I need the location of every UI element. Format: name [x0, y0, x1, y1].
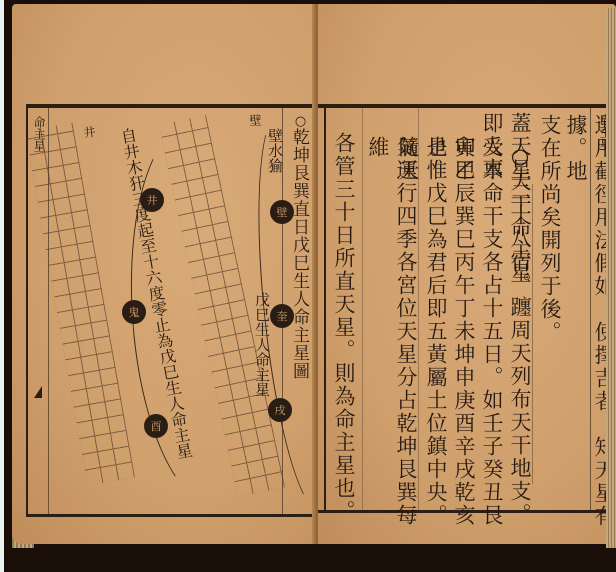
text-col-8: 氣運行四季各宮位天星分占乾坤艮巽每維 [364, 136, 420, 544]
column-rule [532, 184, 533, 484]
seal-xu-icon: 戌 [268, 398, 292, 422]
book-photo: 命主星 ○ 乾坤艮巽直日戊巳生人命主星圖 井 自井木犴三度起至十六度零止為戊巳生… [4, 0, 616, 572]
diagram-b-lodge: 壁 [248, 114, 262, 126]
open-book: 命主星 ○ 乾坤艮巽直日戊巳生人命主星圖 井 自井木犴三度起至十六度零止為戊巳生… [12, 4, 616, 544]
seal-gui-icon: 鬼 [122, 300, 146, 324]
title-marker: ○ [293, 114, 307, 129]
right-page-edges [606, 8, 616, 548]
column-rule [418, 108, 419, 510]
inner-border [324, 104, 326, 512]
diagram-a-lodge: 井 [81, 125, 97, 139]
left-page: 命主星 ○ 乾坤艮巽直日戊巳生人命主星圖 井 自井木犴三度起至十六度零止為戊巳生… [12, 4, 316, 544]
bottom-border [26, 514, 316, 517]
text-col-2: 支在所尚矣開列于後。 [536, 114, 564, 344]
diagram-a-degree-grid [25, 123, 135, 486]
seal-kui-icon: 奎 [270, 304, 294, 328]
right-page: 選用截徑用法假如。使擇吉者。知天星有據。地 支在所尚矣開列于後。 ○天干命主星 … [318, 4, 616, 544]
seal-bi-icon: 壁 [270, 200, 294, 224]
column-rule [362, 108, 363, 510]
seal-you-icon: 酉 [144, 414, 168, 438]
seal-jing-icon: 井 [140, 188, 164, 212]
top-border [26, 104, 316, 108]
left-border [26, 104, 28, 516]
text-col-9: 各管三十日所直天星。則為命主星也。 [330, 132, 358, 523]
fold-mark [34, 386, 42, 398]
